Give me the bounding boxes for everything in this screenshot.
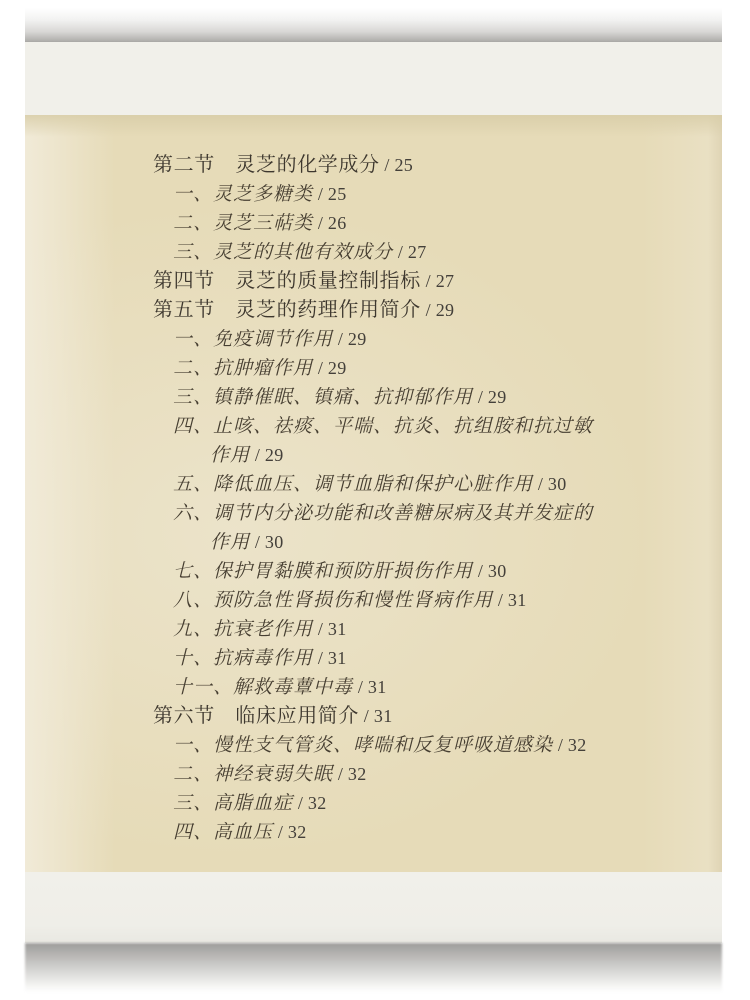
toc-entry-text: 作用	[210, 445, 250, 466]
toc-entry-text: 七、保护胃黏膜和预防肝损伤作用	[173, 561, 473, 582]
toc-line: 作用 / 29	[25, 441, 722, 470]
toc-line: 九、抗衰老作用 / 31	[25, 615, 722, 644]
scanned-book-page: 第二节 灵芝的化学成分 / 25一、灵芝多糖类 / 25二、灵芝三萜类 / 26…	[25, 8, 722, 943]
toc-line: 第五节 灵芝的药理作用简介 / 29	[25, 296, 722, 325]
toc-page-number: / 31	[353, 677, 387, 697]
toc-page-number: / 29	[250, 445, 284, 465]
toc-entry-text: 作用	[210, 532, 250, 553]
toc-entry-text: 四、高血压	[173, 822, 273, 843]
toc-entry-text: 第二节 灵芝的化学成分	[153, 154, 380, 176]
toc-page-number: / 30	[473, 561, 507, 581]
toc-entry-text: 四、止咳、祛痰、平喘、抗炎、抗组胺和抗过敏	[173, 416, 593, 437]
toc-page-number: / 29	[421, 300, 455, 320]
toc-entry-text: 第五节 灵芝的药理作用简介	[153, 299, 421, 321]
toc-page-number: / 29	[473, 387, 507, 407]
toc-entry-text: 第六节 临床应用简介	[153, 705, 359, 727]
toc-line: 三、灵芝的其他有效成分 / 27	[25, 238, 722, 267]
toc-line: 作用 / 30	[25, 528, 722, 557]
toc-line: 一、慢性支气管炎、哮喘和反复呼吸道感染 / 32	[25, 731, 722, 760]
toc-page-number: / 32	[273, 822, 307, 842]
toc-entry-text: 十、抗病毒作用	[173, 648, 313, 669]
toc-entry-text: 十一、解救毒蕈中毒	[173, 677, 353, 698]
toc-line: 二、抗肿瘤作用 / 29	[25, 354, 722, 383]
toc-page-number: / 31	[493, 590, 527, 610]
toc-entry-text: 一、灵芝多糖类	[173, 184, 313, 205]
page-drop-shadow	[25, 943, 722, 993]
toc-page-number: / 32	[293, 793, 327, 813]
toc-line: 二、神经衰弱失眠 / 32	[25, 760, 722, 789]
toc-page-number: / 30	[533, 474, 567, 494]
page-bottom-margin	[25, 872, 722, 943]
toc-entry-text: 二、神经衰弱失眠	[173, 764, 333, 785]
toc-page-number: / 30	[250, 532, 284, 552]
toc-line: 第二节 灵芝的化学成分 / 25	[25, 151, 722, 180]
toc-line: 五、降低血压、调节血脂和保护心脏作用 / 30	[25, 470, 722, 499]
toc-page-number: / 26	[313, 213, 347, 233]
toc-page-number: / 29	[313, 358, 347, 378]
toc-line: 四、止咳、祛痰、平喘、抗炎、抗组胺和抗过敏	[25, 412, 722, 441]
toc-line: 三、高脂血症 / 32	[25, 789, 722, 818]
toc-line: 六、调节内分泌功能和改善糖尿病及其并发症的	[25, 499, 722, 528]
page-top-margin	[25, 42, 722, 115]
toc-page-number: / 27	[421, 271, 455, 291]
toc-entry-text: 三、高脂血症	[173, 793, 293, 814]
toc-entry-text: 一、慢性支气管炎、哮喘和反复呼吸道感染	[173, 735, 553, 756]
toc-entry-text: 五、降低血压、调节血脂和保护心脏作用	[173, 474, 533, 495]
toc-entry-text: 六、调节内分泌功能和改善糖尿病及其并发症的	[173, 503, 593, 524]
toc-page-number: / 29	[333, 329, 367, 349]
toc-entry-text: 二、灵芝三萜类	[173, 213, 313, 234]
toc-page-number: / 32	[553, 735, 587, 755]
toc-line: 十一、解救毒蕈中毒 / 31	[25, 673, 722, 702]
toc-entry-text: 八、预防急性肾损伤和慢性肾病作用	[173, 590, 493, 611]
toc-line: 一、灵芝多糖类 / 25	[25, 180, 722, 209]
toc-line: 二、灵芝三萜类 / 26	[25, 209, 722, 238]
table-of-contents: 第二节 灵芝的化学成分 / 25一、灵芝多糖类 / 25二、灵芝三萜类 / 26…	[25, 151, 722, 847]
toc-page-number: / 31	[313, 619, 347, 639]
toc-line: 三、镇静催眠、镇痛、抗抑郁作用 / 29	[25, 383, 722, 412]
toc-page-number: / 25	[380, 155, 414, 175]
toc-entry-text: 二、抗肿瘤作用	[173, 358, 313, 379]
toc-page-number: / 27	[393, 242, 427, 262]
toc-entry-text: 第四节 灵芝的质量控制指标	[153, 270, 421, 292]
toc-line: 八、预防急性肾损伤和慢性肾病作用 / 31	[25, 586, 722, 615]
toc-line: 第四节 灵芝的质量控制指标 / 27	[25, 267, 722, 296]
toc-page-number: / 25	[313, 184, 347, 204]
scanned-document-view: 第二节 灵芝的化学成分 / 25一、灵芝多糖类 / 25二、灵芝三萜类 / 26…	[0, 0, 750, 1000]
toc-entry-text: 三、灵芝的其他有效成分	[173, 242, 393, 263]
page-top-curl-edge	[25, 8, 722, 42]
toc-page-number: / 32	[333, 764, 367, 784]
toc-entry-text: 一、免疫调节作用	[173, 329, 333, 350]
toc-line: 一、免疫调节作用 / 29	[25, 325, 722, 354]
toc-line: 第六节 临床应用简介 / 31	[25, 702, 722, 731]
toc-entry-text: 九、抗衰老作用	[173, 619, 313, 640]
toc-line: 十、抗病毒作用 / 31	[25, 644, 722, 673]
toc-page-number: / 31	[313, 648, 347, 668]
paper-area: 第二节 灵芝的化学成分 / 25一、灵芝多糖类 / 25二、灵芝三萜类 / 26…	[25, 115, 722, 872]
toc-line: 四、高血压 / 32	[25, 818, 722, 847]
toc-entry-text: 三、镇静催眠、镇痛、抗抑郁作用	[173, 387, 473, 408]
toc-page-number: / 31	[359, 706, 393, 726]
toc-line: 七、保护胃黏膜和预防肝损伤作用 / 30	[25, 557, 722, 586]
